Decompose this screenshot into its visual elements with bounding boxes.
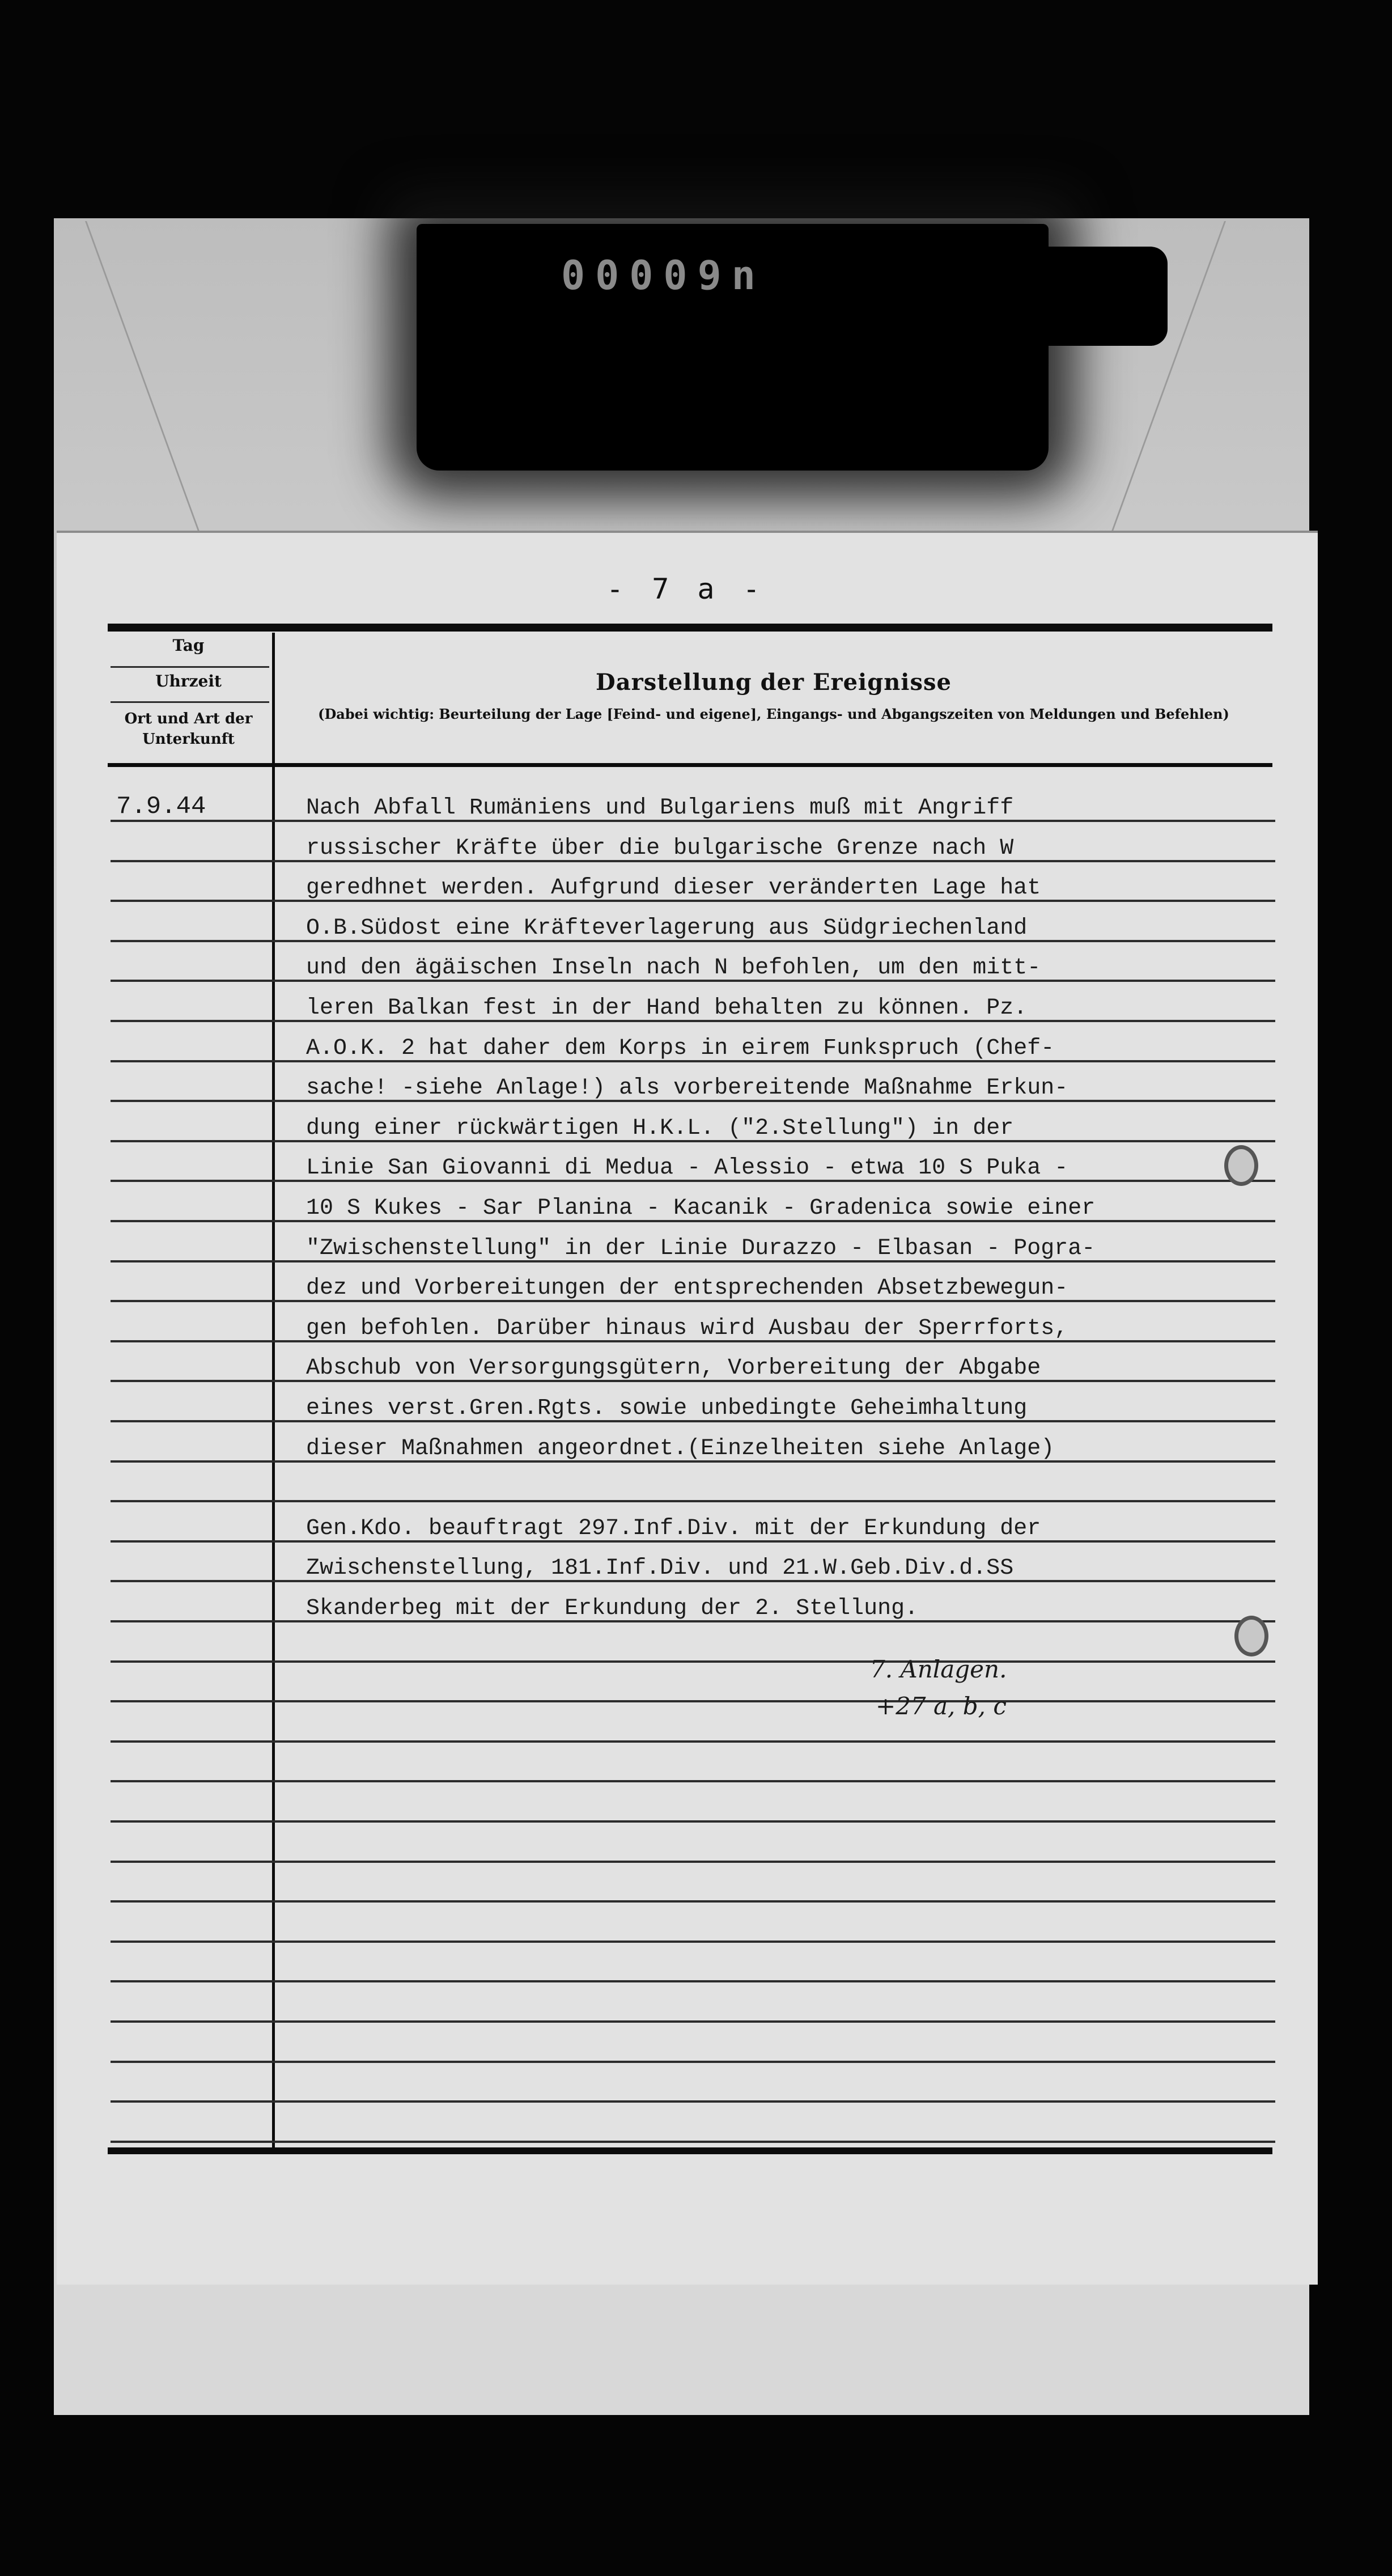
entry-text-line: dung einer rückwärtigen H.K.L. ("2.Stell…	[306, 1115, 1013, 1142]
ruled-line	[111, 1660, 1275, 1663]
ruled-line	[111, 2061, 1275, 2063]
entry-text-line: O.B.Südost eine Kräfteverlagerung aus Sü…	[306, 915, 1027, 942]
entry-text-line: A.O.K. 2 hat daher dem Korps in eirem Fu…	[306, 1035, 1054, 1062]
entry-date: 7.9.44	[116, 793, 206, 821]
header-location-label-line2: Unterkunft	[142, 731, 235, 748]
ruled-line	[111, 1820, 1275, 1823]
page-number: - 7 a -	[606, 573, 766, 605]
header-time-label: Uhrzeit	[108, 672, 269, 690]
entry-text-line: und den ägäischen Inseln nach N befohlen…	[306, 955, 1041, 982]
entry-text-line: dez und Vorbereitungen der entsprechende…	[306, 1275, 1068, 1302]
ruled-line	[111, 2100, 1275, 2103]
entry-text-line: gen befohlen. Darüber hinaus wird Ausbau…	[306, 1315, 1068, 1342]
page-subtitle: (Dabei wichtig: Beurteilung der Lage [Fe…	[278, 706, 1270, 722]
header-location-label-line1: Ort und Art der	[125, 710, 253, 727]
entry-text-line: Gen.Kdo. beauftragt 297.Inf.Div. mit der…	[306, 1515, 1041, 1543]
archive-stamp-number: 00009n	[561, 252, 766, 299]
header-time-rule	[111, 701, 269, 703]
ruled-line	[111, 1980, 1275, 1982]
ruled-line	[111, 1500, 1275, 1502]
header-day-label: Tag	[108, 636, 269, 655]
entry-text-line: eines verst.Gren.Rgts. sowie unbedingte …	[306, 1395, 1027, 1422]
entry-text-line: Skanderbeg mit der Erkundung der 2. Stel…	[306, 1595, 918, 1622]
punch-hole-lower	[1234, 1616, 1268, 1656]
entry-text-line: dieser Maßnahmen angeordnet.(Einzelheite…	[306, 1435, 1054, 1463]
handwritten-annex-refs: +27 a, b, c	[876, 1692, 1007, 1720]
entry-text-line: Abschub von Versorgungsgütern, Vorbereit…	[306, 1355, 1041, 1382]
page-bottom-rule	[108, 2147, 1272, 2154]
ruled-line	[111, 2141, 1275, 2143]
header-top-rule	[108, 624, 1272, 632]
entry-text-line: 10 S Kukes - Sar Planina - Kacanik - Gra…	[306, 1195, 1095, 1222]
header-location-label: Ort und Art der Unterkunft	[108, 709, 269, 749]
entry-text-line: sache! -siehe Anlage!) als vorbereitende…	[306, 1075, 1068, 1102]
header-bottom-rule	[108, 763, 1272, 767]
entry-text-line: Zwischenstellung, 181.Inf.Div. und 21.W.…	[306, 1555, 1013, 1582]
ruled-line	[111, 1740, 1275, 1743]
handwritten-annex-note: 7. Anlagen.	[870, 1655, 1007, 1683]
ruled-line	[111, 2020, 1275, 2023]
ruled-line	[111, 1900, 1275, 1903]
page-title: Darstellung der Ereignisse	[278, 669, 1270, 696]
punch-hole-upper	[1224, 1145, 1258, 1186]
header-day-rule	[111, 666, 269, 668]
entry-text-line: "Zwischenstellung" in der Linie Durazzo …	[306, 1235, 1095, 1262]
ruled-line	[111, 1861, 1275, 1863]
ruled-line	[111, 1700, 1275, 1702]
ruled-line	[111, 1780, 1275, 1782]
entry-text-line: Linie San Giovanni di Medua - Alessio - …	[306, 1155, 1068, 1182]
entry-text-line: russischer Kräfte über die bulgarische G…	[306, 835, 1013, 862]
entry-text-line: geredhnet werden. Aufgrund dieser veränd…	[306, 875, 1041, 902]
binder-clip-tab	[1015, 247, 1168, 346]
entry-text-line: leren Balkan fest in der Hand behalten z…	[306, 995, 1027, 1022]
ruled-line	[111, 1941, 1275, 1943]
entry-text-line: Nach Abfall Rumäniens und Bulgariens muß…	[306, 795, 1013, 822]
